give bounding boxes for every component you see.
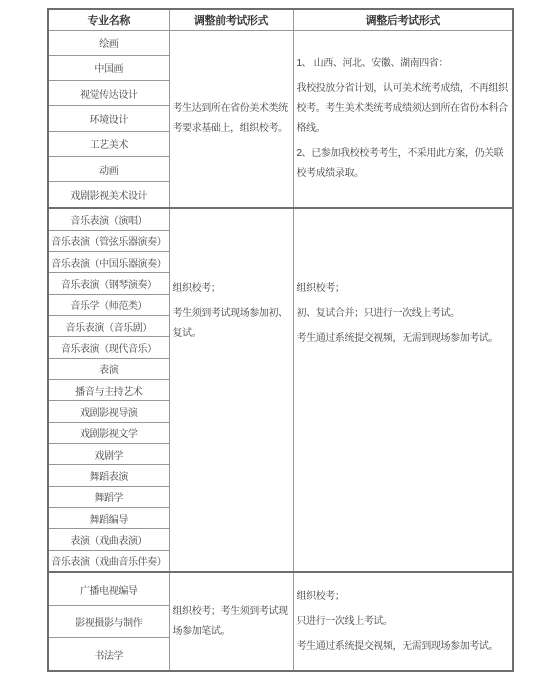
after-exam-paragraph: 考生通过系统提交视频，无需到现场参加考试。 [297,637,509,657]
before-exam-paragraph: 考生达到所在省份美术类统考要求基础上，组织校考。 [173,99,289,139]
after-exam-paragraph: 1、 山西、河北、安徽、湖南四省： [297,54,509,74]
major-row: 音乐表演（演唱）组织校考；考生须到考试现场参加初、复试。组织校考；初、复试合并；… [48,208,513,230]
major-name-cell: 音乐表演（管弦乐器演奏） [48,230,169,251]
after-exam-paragraph: 2、已参加我校校考考生，不采用此方案，仍关联校考成绩录取。 [297,144,509,184]
exam-adjustment-table-wrap: 专业名称 调整前考试形式 调整后考试形式 绘画考生达到所在省份美术类统考要求基础… [47,8,512,672]
major-name-cell: 戏剧影视美术设计 [48,182,169,208]
table-body: 绘画考生达到所在省份美术类统考要求基础上，组织校考。1、 山西、河北、安徽、湖南… [48,30,513,671]
table-header: 专业名称 调整前考试形式 调整后考试形式 [48,9,513,30]
major-name-cell: 舞蹈编导 [48,507,169,528]
header-before-exam: 调整前考试形式 [169,9,293,30]
before-exam-cell: 考生达到所在省份美术类统考要求基础上，组织校考。 [169,30,293,208]
major-name-cell: 戏剧学 [48,443,169,464]
major-name-cell: 音乐表演（中国乐器演奏） [48,251,169,272]
header-major-name: 专业名称 [48,9,169,30]
major-name-cell: 音乐表演（钢琴演奏） [48,273,169,294]
before-exam-paragraph: 组织校考；考生须到考试现场参加笔试。 [173,602,289,642]
major-name-cell: 视觉传达设计 [48,81,169,106]
major-name-cell: 舞蹈表演 [48,465,169,486]
major-name-cell: 舞蹈学 [48,486,169,507]
document-page: 专业名称 调整前考试形式 调整后考试形式 绘画考生达到所在省份美术类统考要求基础… [0,0,550,679]
major-name-cell: 表演 [48,358,169,379]
after-exam-paragraph: 考生通过系统提交视频，无需到现场参加考试。 [297,329,509,349]
after-exam-cell: 1、 山西、河北、安徽、湖南四省：我校投放分省计划，认可美术统考成绩，不再组织校… [293,30,513,208]
after-exam-paragraph: 我校投放分省计划，认可美术统考成绩，不再组织校考。考生美术类统考成绩须达到所在省… [297,79,509,139]
major-name-cell: 广播电视编导 [48,572,169,605]
major-name-cell: 戏剧影视文学 [48,422,169,443]
major-name-cell: 戏剧影视导演 [48,401,169,422]
major-name-cell: 音乐表演（演唱） [48,208,169,230]
major-name-cell: 工艺美术 [48,131,169,156]
after-exam-paragraph: 初、复试合并；只进行一次线上考试。 [297,304,509,324]
major-name-cell: 音乐学（师范类） [48,294,169,315]
after-exam-cell: 组织校考；只进行一次线上考试。考生通过系统提交视频，无需到现场参加考试。 [293,572,513,671]
after-exam-cell: 组织校考；初、复试合并；只进行一次线上考试。考生通过系统提交视频，无需到现场参加… [293,208,513,572]
major-row: 广播电视编导组织校考；考生须到考试现场参加笔试。组织校考；只进行一次线上考试。考… [48,572,513,605]
before-exam-cell: 组织校考；考生须到考试现场参加初、复试。 [169,208,293,572]
major-name-cell: 音乐表演（音乐剧） [48,315,169,336]
header-after-exam: 调整后考试形式 [293,9,513,30]
major-name-cell: 播音与主持艺术 [48,379,169,400]
header-row: 专业名称 调整前考试形式 调整后考试形式 [48,9,513,30]
major-row: 绘画考生达到所在省份美术类统考要求基础上，组织校考。1、 山西、河北、安徽、湖南… [48,30,513,55]
after-exam-paragraph: 组织校考； [297,279,509,299]
major-name-cell: 动画 [48,157,169,182]
exam-adjustment-table: 专业名称 调整前考试形式 调整后考试形式 绘画考生达到所在省份美术类统考要求基础… [47,8,514,672]
major-name-cell: 绘画 [48,30,169,55]
major-name-cell: 环境设计 [48,106,169,131]
major-name-cell: 书法学 [48,638,169,671]
major-name-cell: 音乐表演（戏曲音乐伴奏） [48,550,169,572]
after-exam-paragraph: 只进行一次线上考试。 [297,612,509,632]
after-exam-paragraph: 组织校考； [297,587,509,607]
major-name-cell: 表演（戏曲表演） [48,529,169,550]
before-exam-cell: 组织校考；考生须到考试现场参加笔试。 [169,572,293,671]
major-name-cell: 中国画 [48,55,169,80]
before-exam-paragraph: 组织校考； [173,279,289,299]
major-name-cell: 影视摄影与制作 [48,605,169,637]
before-exam-paragraph: 考生须到考试现场参加初、复试。 [173,304,289,344]
major-name-cell: 音乐表演（现代音乐） [48,337,169,358]
